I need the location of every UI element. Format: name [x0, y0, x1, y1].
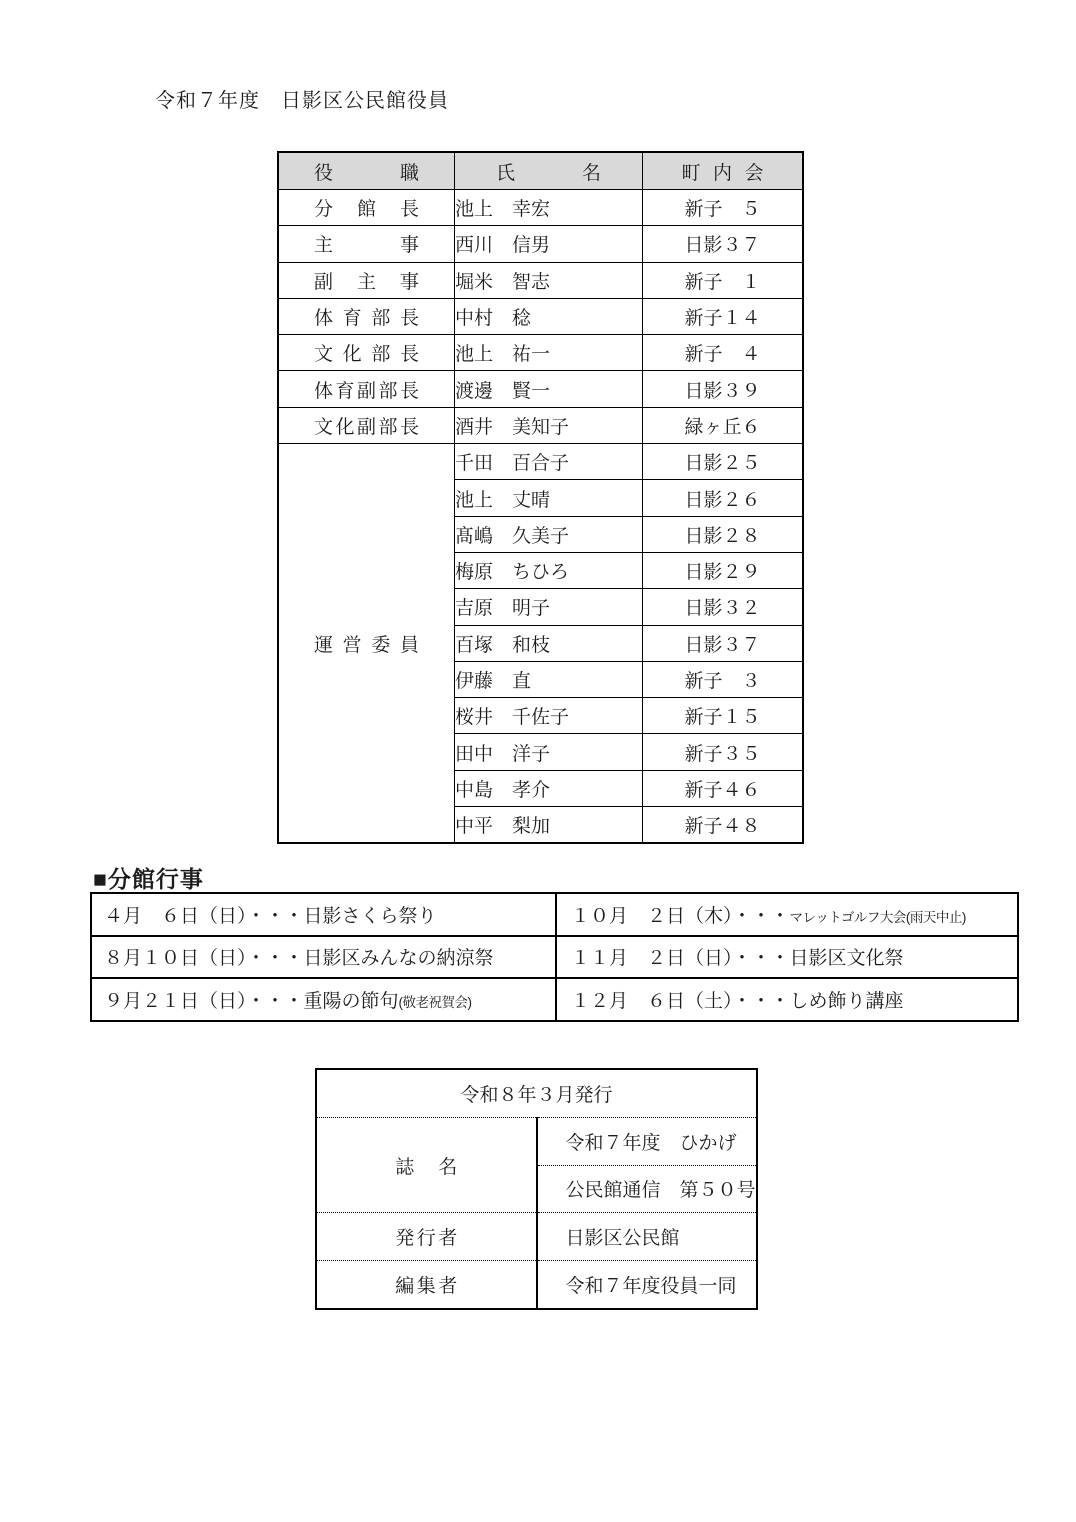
event-text: ８月１０日（日）・・・日影区みんなの納涼祭: [104, 948, 494, 969]
table-row: 編集者 令和７年度役員一同: [316, 1261, 757, 1309]
area-cell: 日影２５: [643, 444, 804, 480]
officers-header-row: 役職 氏名 町内会: [278, 152, 803, 190]
table-row: 発行者 日影区公民館: [316, 1213, 757, 1261]
name-cell: 吉原 明子: [455, 589, 643, 625]
name-cell: 中平 梨加: [455, 807, 643, 844]
role-cell: 文化部長: [278, 335, 455, 371]
event-text: ４月 ６日（日）・・・日影さくら祭り: [104, 906, 437, 927]
table-row: ９月２１日（日）・・・重陽の節句(敬老祝賀会) １２月 ６日（土）・・・しめ飾り…: [91, 978, 1018, 1021]
area-cell: 新子 ３: [643, 661, 804, 697]
event-text: ９月２１日（日）・・・重陽の節句: [104, 991, 399, 1012]
publication-date-cell: 令和８年３月発行: [316, 1069, 757, 1117]
area-cell: 新子１５: [643, 698, 804, 734]
role-header: 役職: [278, 152, 455, 190]
table-row: ４月 ６日（日）・・・日影さくら祭り １０月 ２日（木）・・・マレットゴルフ大会…: [91, 893, 1018, 936]
editor-label: 編集者: [316, 1261, 537, 1309]
area-cell: 新子 １: [643, 262, 804, 298]
journal-name-line2: 公民館通信 第５０号: [537, 1165, 758, 1213]
area-cell: 新子１４: [643, 298, 804, 334]
event-cell: ４月 ６日（日）・・・日影さくら祭り: [91, 893, 556, 936]
name-cell: 池上 祐一: [455, 335, 643, 371]
journal-name-line1: 令和７年度 ひかげ: [537, 1117, 758, 1165]
publisher-label: 発行者: [316, 1213, 537, 1261]
page-title: 令和７年度 日影区公民館役員: [155, 84, 449, 113]
role-cell: 文化副部長: [278, 407, 455, 443]
name-cell: 梅原 ちひろ: [455, 552, 643, 588]
event-cell: ９月２１日（日）・・・重陽の節句(敬老祝賀会): [91, 978, 556, 1021]
name-cell: 伊藤 直: [455, 661, 643, 697]
area-cell: 新子 ５: [643, 190, 804, 226]
event-cell: １１月 ２日（日）・・・日影区文化祭: [556, 936, 1018, 979]
area-header: 町内会: [643, 152, 804, 190]
area-cell: 日影２８: [643, 516, 804, 552]
event-text: １１月 ２日（日）・・・日影区文化祭: [571, 948, 904, 969]
event-text-small: (敬老祝賀会): [399, 995, 472, 1010]
area-cell: 日影３７: [643, 226, 804, 262]
area-cell: 緑ヶ丘６: [643, 407, 804, 443]
officers-table: 役職 氏名 町内会 分館長 池上 幸宏 新子 ５ 主事 西川 信男 日影３７ 副…: [277, 151, 804, 844]
area-cell: 日影３２: [643, 589, 804, 625]
role-cell: 副主事: [278, 262, 455, 298]
role-cell: 体育副部長: [278, 371, 455, 407]
table-row: 体育副部長 渡邊 賢一 日影３９: [278, 371, 803, 407]
event-cell: ８月１０日（日）・・・日影区みんなの納涼祭: [91, 936, 556, 979]
role-cell: 分館長: [278, 190, 455, 226]
document-page: 令和７年度 日影区公民館役員 役職 氏名 町内会 分館長 池上 幸宏 新子 ５ …: [0, 0, 1076, 1522]
area-cell: 新子４６: [643, 770, 804, 806]
table-row: 主事 西川 信男 日影３７: [278, 226, 803, 262]
name-cell: 中村 稔: [455, 298, 643, 334]
table-row: 誌名 令和７年度 ひかげ: [316, 1117, 757, 1165]
area-cell: 新子 ４: [643, 335, 804, 371]
event-text: １０月 ２日（木）・・・: [571, 906, 790, 927]
table-row: 文化副部長 酒井 美知子 緑ヶ丘６: [278, 407, 803, 443]
area-cell: 日影３７: [643, 625, 804, 661]
table-row: 運営委員 千田 百合子 日影２５: [278, 444, 803, 480]
role-cell: 主事: [278, 226, 455, 262]
area-cell: 新子４８: [643, 807, 804, 844]
committee-role-cell: 運営委員: [278, 444, 455, 844]
event-text: １２月 ６日（土）・・・しめ飾り講座: [571, 991, 904, 1012]
event-cell: １２月 ６日（土）・・・しめ飾り講座: [556, 978, 1018, 1021]
name-cell: 酒井 美知子: [455, 407, 643, 443]
table-row: 副主事 堀米 智志 新子 １: [278, 262, 803, 298]
name-cell: 中島 孝介: [455, 770, 643, 806]
name-cell: 桜井 千佐子: [455, 698, 643, 734]
journal-name-label: 誌名: [316, 1117, 537, 1213]
name-cell: 池上 幸宏: [455, 190, 643, 226]
name-cell: 百塚 和枝: [455, 625, 643, 661]
event-text-small: マレットゴルフ大会(雨天中止): [790, 910, 966, 925]
publication-info-table: 令和８年３月発行 誌名 令和７年度 ひかげ 公民館通信 第５０号 発行者 日影区…: [315, 1068, 758, 1310]
area-cell: 日影３９: [643, 371, 804, 407]
role-cell: 体育部長: [278, 298, 455, 334]
area-cell: 日影２６: [643, 480, 804, 516]
table-row: 分館長 池上 幸宏 新子 ５: [278, 190, 803, 226]
name-cell: 千田 百合子: [455, 444, 643, 480]
area-cell: 日影２９: [643, 552, 804, 588]
event-cell: １０月 ２日（木）・・・マレットゴルフ大会(雨天中止): [556, 893, 1018, 936]
area-cell: 新子３５: [643, 734, 804, 770]
editor-value: 令和７年度役員一同: [537, 1261, 758, 1309]
table-row: 令和８年３月発行: [316, 1069, 757, 1117]
name-cell: 西川 信男: [455, 226, 643, 262]
events-table: ４月 ６日（日）・・・日影さくら祭り １０月 ２日（木）・・・マレットゴルフ大会…: [90, 892, 1019, 1022]
name-header: 氏名: [455, 152, 643, 190]
name-cell: 堀米 智志: [455, 262, 643, 298]
publisher-value: 日影区公民館: [537, 1213, 758, 1261]
events-section-heading: ■分館行事: [93, 861, 204, 894]
name-cell: 渡邊 賢一: [455, 371, 643, 407]
name-cell: 池上 丈晴: [455, 480, 643, 516]
table-row: 体育部長 中村 稔 新子１４: [278, 298, 803, 334]
table-row: 文化部長 池上 祐一 新子 ４: [278, 335, 803, 371]
name-cell: 田中 洋子: [455, 734, 643, 770]
table-row: ８月１０日（日）・・・日影区みんなの納涼祭 １１月 ２日（日）・・・日影区文化祭: [91, 936, 1018, 979]
name-cell: 髙嶋 久美子: [455, 516, 643, 552]
